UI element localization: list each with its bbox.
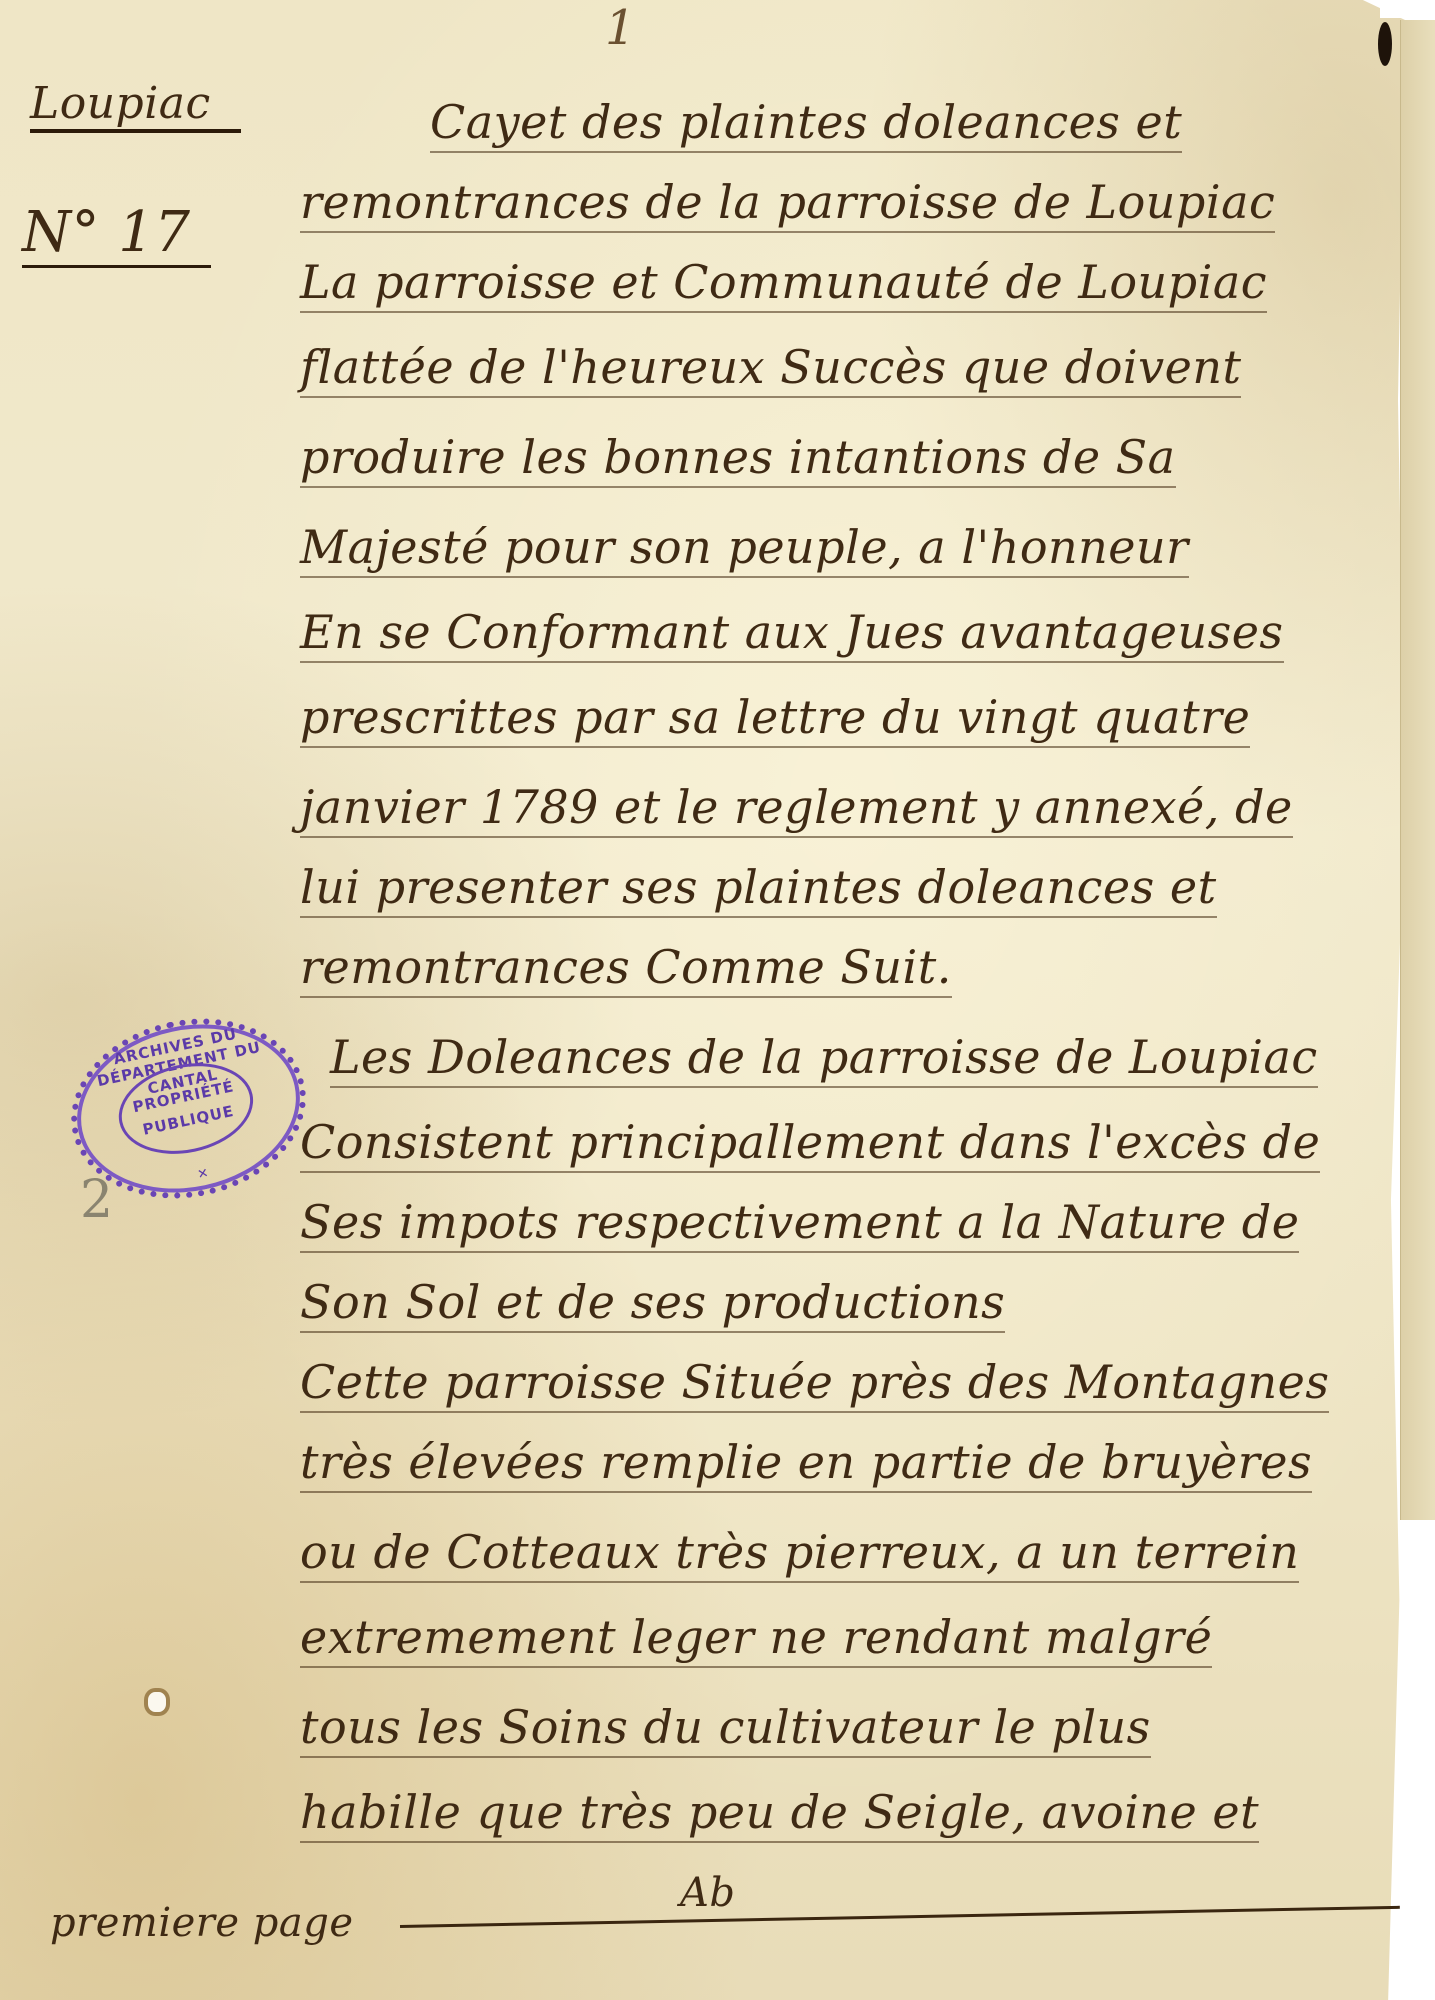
body-line: lui presenter ses plaintes doleances et bbox=[300, 860, 1217, 918]
body-line: remontrances Comme Suit. bbox=[300, 940, 952, 998]
body-line: extremement leger ne rendant malgré bbox=[300, 1610, 1212, 1668]
ink-blot bbox=[1378, 22, 1392, 66]
margin-document-number: N° 17 bbox=[22, 200, 211, 268]
body-line: prescrittes par sa lettre du vingt quatr… bbox=[300, 690, 1250, 748]
body-line: La parroisse et Communauté de Loupiac bbox=[300, 255, 1267, 313]
body-line: habille que très peu de Seigle, avoine e… bbox=[300, 1785, 1259, 1843]
body-line: Ses impots respectivement a la Nature de bbox=[300, 1195, 1299, 1253]
folio-mark: 1 bbox=[605, 0, 636, 56]
body-line: janvier 1789 et le reglement y annexé, d… bbox=[300, 780, 1293, 838]
paper-hole bbox=[148, 1692, 166, 1712]
body-line: En se Conformant aux Jues avantageuses bbox=[300, 605, 1284, 663]
body-line: tous les Soins du cultivateur le plus bbox=[300, 1700, 1151, 1758]
body-line: produire les bonnes intantions de Sa bbox=[300, 430, 1176, 488]
body-line: Les Doleances de la parroisse de Loupiac bbox=[330, 1030, 1318, 1088]
body-line: ou de Cotteaux très pierreux, a un terre… bbox=[300, 1525, 1299, 1583]
adjacent-page-edge bbox=[1400, 20, 1435, 1520]
body-line: remontrances de la parroisse de Loupiac bbox=[300, 175, 1275, 233]
body-line: Consistent principallement dans l'excès … bbox=[300, 1115, 1320, 1173]
torn-corner bbox=[1380, 0, 1435, 18]
page-label: premiere page bbox=[50, 1900, 354, 1946]
body-line: flattée de l'heureux Succès que doivent bbox=[300, 340, 1241, 398]
margin-place-name: Loupiac bbox=[30, 78, 241, 133]
body-line: Son Sol et de ses productions bbox=[300, 1275, 1005, 1333]
body-line: Cette parroisse Située près des Montagne… bbox=[300, 1355, 1329, 1413]
body-line: très élevées remplie en partie de bruyèr… bbox=[300, 1435, 1312, 1493]
body-line: Cayet des plaintes doleances et bbox=[430, 95, 1182, 153]
body-line: Majesté pour son peuple, a l'honneur bbox=[300, 520, 1189, 578]
initials-mark: Ab bbox=[680, 1870, 736, 1916]
